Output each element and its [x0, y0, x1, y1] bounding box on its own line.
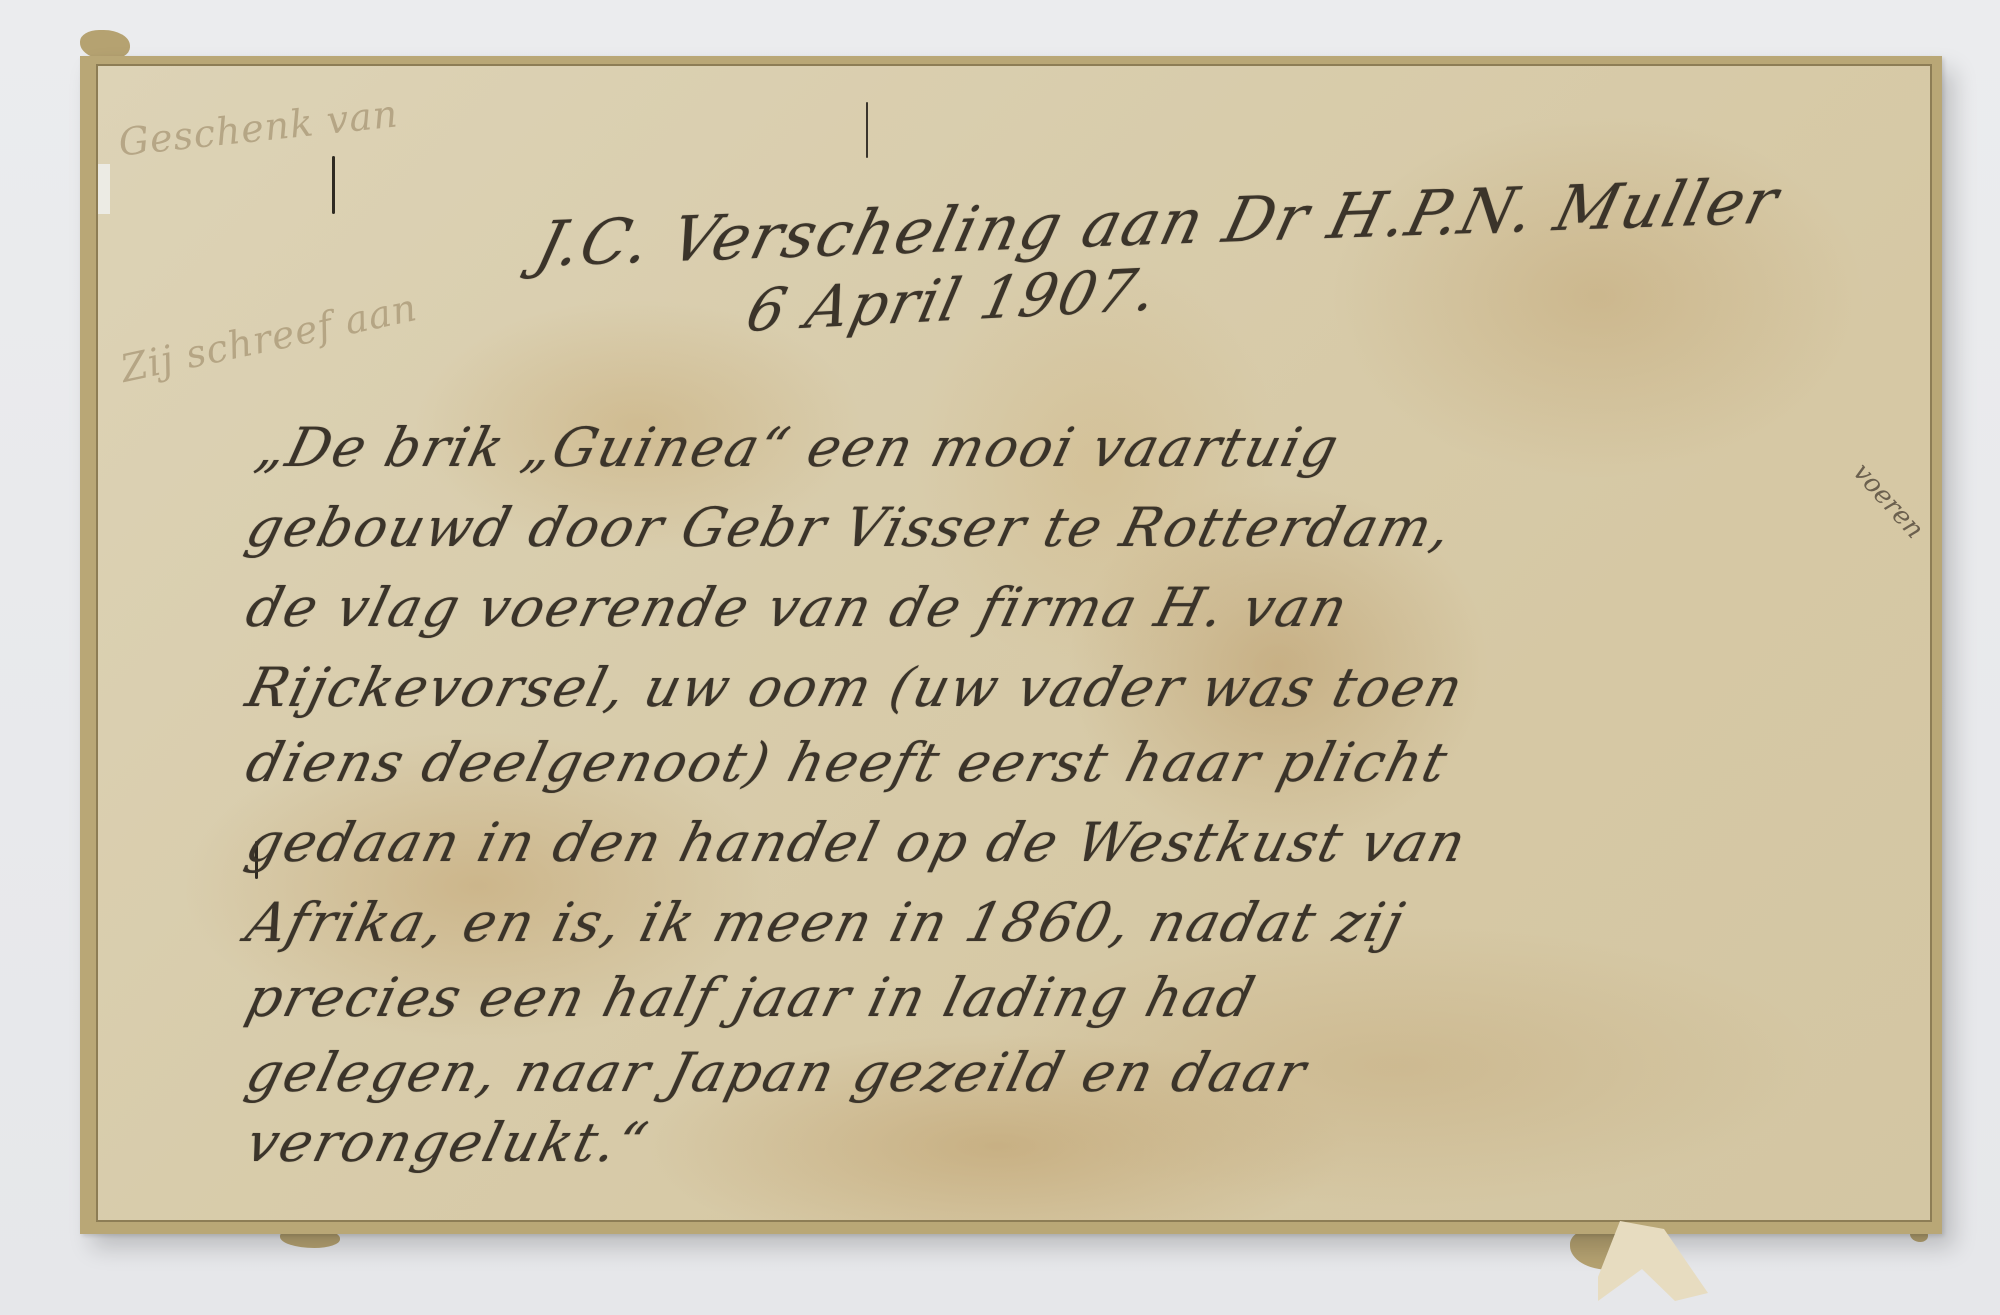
body-line-8: precies een half jaar in lading had — [240, 966, 1262, 1029]
pencil-note-2: Zij schreef aan — [117, 285, 421, 391]
body-line-10: verongelukt.“ — [240, 1111, 655, 1174]
body-line-9: gelegen, naar Japan gezeild en daar — [240, 1041, 1314, 1104]
body-line-7: Afrika, en is, ik meen in 1860, nadat zi… — [240, 891, 1412, 954]
body-line-2: gebouwd door Gebr Visser te Rotterdam, — [240, 496, 1459, 559]
body-line-4: Rijckevorsel, uw oom (uw vader was toen — [240, 656, 1471, 719]
pencil-note-1: Geschenk van — [116, 91, 400, 164]
photo-background: Geschenk van Zij schreef aan J.C. Versch… — [0, 0, 2000, 1315]
ink-stroke-mark — [332, 156, 335, 214]
letter-paper: Geschenk van Zij schreef aan J.C. Versch… — [96, 64, 1932, 1222]
ink-stroke-mark — [866, 102, 868, 158]
body-line-3: de vlag voerende van de firma H. van — [240, 576, 1355, 639]
paper-tear-left — [98, 164, 110, 214]
margin-note: voeren — [1847, 457, 1930, 544]
body-line-6: gedaan in den handel op de Westkust van — [240, 811, 1473, 874]
body-line-5: diens deelgenoot) heeft eerst haar plich… — [240, 731, 1455, 794]
body-line-1: „De brik „Guinea“ een mooi vaartuig — [250, 416, 1346, 479]
